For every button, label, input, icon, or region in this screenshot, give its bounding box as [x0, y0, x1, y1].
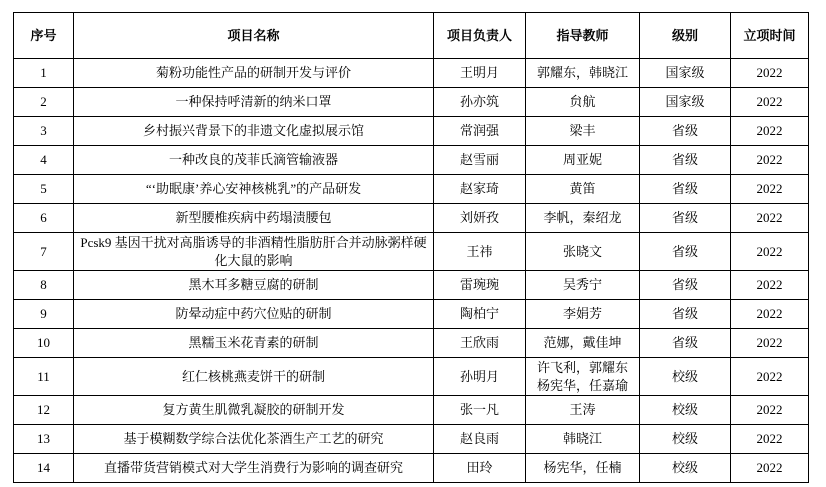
- table-row: 12复方黄生肌微乳凝胶的研制开发张一凡王涛校级2022: [14, 396, 809, 425]
- cell-level: 国家级: [640, 88, 731, 117]
- cell-level: 省级: [640, 204, 731, 233]
- cell-no: 8: [14, 271, 74, 300]
- cell-level: 省级: [640, 300, 731, 329]
- cell-leader: 赵良雨: [434, 425, 526, 454]
- cell-level: 省级: [640, 175, 731, 204]
- cell-advisor: 郭耀东，韩晓江: [526, 59, 640, 88]
- cell-level: 校级: [640, 425, 731, 454]
- cell-name: 一种保持呼清新的纳米口罩: [74, 88, 434, 117]
- table-row: 6新型腰椎疾病中药塌渍腰包刘妍孜李帆，秦绍龙省级2022: [14, 204, 809, 233]
- cell-leader: 孙明月: [434, 358, 526, 396]
- table-row: 4一种改良的茂菲氏滴管输液器赵雪丽周亚妮省级2022: [14, 146, 809, 175]
- cell-advisor: 周亚妮: [526, 146, 640, 175]
- cell-no: 2: [14, 88, 74, 117]
- cell-no: 10: [14, 329, 74, 358]
- cell-level: 校级: [640, 396, 731, 425]
- column-header-level: 级别: [640, 13, 731, 59]
- cell-year: 2022: [731, 396, 809, 425]
- table-row: 5“‘助眠康’养心安神核桃乳”的产品研发赵家琦黄笛省级2022: [14, 175, 809, 204]
- project-list-table: 序号项目名称项目负责人指导教师级别立项时间 1菊粉功能性产品的研制开发与评价王明…: [13, 12, 809, 483]
- cell-name: 基于模糊数学综合法优化茶酒生产工艺的研究: [74, 425, 434, 454]
- cell-no: 1: [14, 59, 74, 88]
- cell-year: 2022: [731, 146, 809, 175]
- cell-no: 12: [14, 396, 74, 425]
- table-row: 7Pcsk9 基因干扰对高脂诱导的非酒精性脂肪肝合并动脉粥样硬化大鼠的影响王祎张…: [14, 233, 809, 271]
- cell-no: 6: [14, 204, 74, 233]
- cell-name: 复方黄生肌微乳凝胶的研制开发: [74, 396, 434, 425]
- table-row: 9防晕动症中药穴位贴的研制陶柏宁李娟芳省级2022: [14, 300, 809, 329]
- cell-name: Pcsk9 基因干扰对高脂诱导的非酒精性脂肪肝合并动脉粥样硬化大鼠的影响: [74, 233, 434, 271]
- cell-leader: 陶柏宁: [434, 300, 526, 329]
- cell-no: 9: [14, 300, 74, 329]
- cell-advisor: 李娟芳: [526, 300, 640, 329]
- cell-year: 2022: [731, 358, 809, 396]
- cell-name: 菊粉功能性产品的研制开发与评价: [74, 59, 434, 88]
- cell-year: 2022: [731, 88, 809, 117]
- cell-level: 省级: [640, 146, 731, 175]
- cell-no: 14: [14, 454, 74, 483]
- cell-level: 国家级: [640, 59, 731, 88]
- cell-leader: 王欣雨: [434, 329, 526, 358]
- cell-no: 11: [14, 358, 74, 396]
- cell-year: 2022: [731, 300, 809, 329]
- table-row: 14直播带货营销模式对大学生消费行为影响的调查研究田玲杨宪华，任楠校级2022: [14, 454, 809, 483]
- table-row: 1菊粉功能性产品的研制开发与评价王明月郭耀东，韩晓江国家级2022: [14, 59, 809, 88]
- cell-level: 省级: [640, 271, 731, 300]
- cell-name: “‘助眠康’养心安神核桃乳”的产品研发: [74, 175, 434, 204]
- cell-name: 防晕动症中药穴位贴的研制: [74, 300, 434, 329]
- cell-advisor: 范娜，戴佳坤: [526, 329, 640, 358]
- cell-advisor: 梁丰: [526, 117, 640, 146]
- cell-advisor: 贠航: [526, 88, 640, 117]
- cell-name: 黑木耳多糖豆腐的研制: [74, 271, 434, 300]
- table-row: 13基于模糊数学综合法优化茶酒生产工艺的研究赵良雨韩晓江校级2022: [14, 425, 809, 454]
- cell-advisor: 杨宪华，任楠: [526, 454, 640, 483]
- column-header-year: 立项时间: [731, 13, 809, 59]
- cell-advisor: 张晓文: [526, 233, 640, 271]
- table-row: 11红仁核桃燕麦饼干的研制孙明月许飞利，郭耀东 杨宪华，任嘉瑜校级2022: [14, 358, 809, 396]
- cell-no: 7: [14, 233, 74, 271]
- cell-leader: 赵雪丽: [434, 146, 526, 175]
- cell-year: 2022: [731, 329, 809, 358]
- cell-advisor: 王涛: [526, 396, 640, 425]
- cell-advisor: 李帆，秦绍龙: [526, 204, 640, 233]
- table-row: 10黑糯玉米花青素的研制王欣雨范娜，戴佳坤省级2022: [14, 329, 809, 358]
- cell-year: 2022: [731, 271, 809, 300]
- cell-year: 2022: [731, 175, 809, 204]
- cell-leader: 王祎: [434, 233, 526, 271]
- cell-year: 2022: [731, 204, 809, 233]
- cell-advisor: 黄笛: [526, 175, 640, 204]
- column-header-advisor: 指导教师: [526, 13, 640, 59]
- cell-advisor: 韩晓江: [526, 425, 640, 454]
- table-row: 8黑木耳多糖豆腐的研制雷琬琬吴秀宁省级2022: [14, 271, 809, 300]
- cell-name: 直播带货营销模式对大学生消费行为影响的调查研究: [74, 454, 434, 483]
- cell-leader: 常润强: [434, 117, 526, 146]
- cell-name: 新型腰椎疾病中药塌渍腰包: [74, 204, 434, 233]
- cell-leader: 赵家琦: [434, 175, 526, 204]
- cell-year: 2022: [731, 425, 809, 454]
- cell-advisor: 吴秀宁: [526, 271, 640, 300]
- table-row: 2一种保持呼清新的纳米口罩孙亦筑贠航国家级2022: [14, 88, 809, 117]
- column-header-leader: 项目负责人: [434, 13, 526, 59]
- cell-name: 一种改良的茂菲氏滴管输液器: [74, 146, 434, 175]
- cell-leader: 孙亦筑: [434, 88, 526, 117]
- cell-year: 2022: [731, 59, 809, 88]
- cell-level: 省级: [640, 329, 731, 358]
- cell-name: 黑糯玉米花青素的研制: [74, 329, 434, 358]
- cell-leader: 王明月: [434, 59, 526, 88]
- cell-level: 校级: [640, 358, 731, 396]
- table-header-row: 序号项目名称项目负责人指导教师级别立项时间: [14, 13, 809, 59]
- cell-no: 5: [14, 175, 74, 204]
- cell-no: 4: [14, 146, 74, 175]
- cell-leader: 田玲: [434, 454, 526, 483]
- cell-level: 省级: [640, 233, 731, 271]
- column-header-no: 序号: [14, 13, 74, 59]
- cell-advisor: 许飞利，郭耀东 杨宪华，任嘉瑜: [526, 358, 640, 396]
- cell-leader: 刘妍孜: [434, 204, 526, 233]
- cell-year: 2022: [731, 454, 809, 483]
- cell-name: 乡村振兴背景下的非遗文化虚拟展示馆: [74, 117, 434, 146]
- cell-year: 2022: [731, 233, 809, 271]
- cell-level: 校级: [640, 454, 731, 483]
- cell-leader: 张一凡: [434, 396, 526, 425]
- table-row: 3乡村振兴背景下的非遗文化虚拟展示馆常润强梁丰省级2022: [14, 117, 809, 146]
- column-header-name: 项目名称: [74, 13, 434, 59]
- cell-year: 2022: [731, 117, 809, 146]
- cell-level: 省级: [640, 117, 731, 146]
- cell-no: 3: [14, 117, 74, 146]
- cell-no: 13: [14, 425, 74, 454]
- cell-name: 红仁核桃燕麦饼干的研制: [74, 358, 434, 396]
- cell-leader: 雷琬琬: [434, 271, 526, 300]
